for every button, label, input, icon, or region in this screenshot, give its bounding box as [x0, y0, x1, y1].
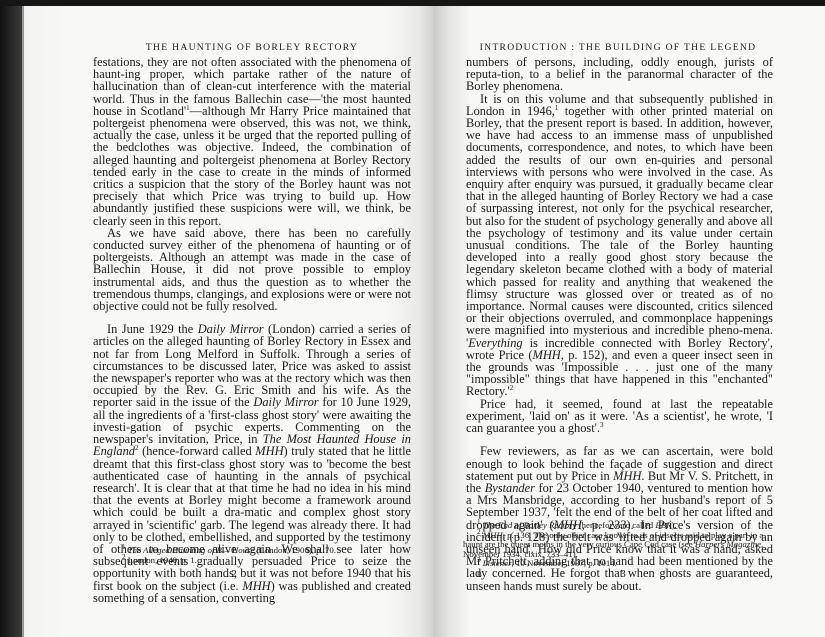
footnote: 2 London, 1940, p. 1.	[122, 556, 412, 566]
book-spread: THE HAUNTING OF BORLEY RECTORY festation…	[0, 0, 825, 637]
paragraph: It is on this volume and that subsequent…	[466, 93, 773, 398]
page-number: 2	[204, 568, 264, 580]
paragraph: numbers of persons, including, oddly eno…	[466, 56, 773, 93]
signature-mark: B	[477, 571, 483, 579]
right-footnotes: 1 The End of Borley Rectory (henceforwar…	[463, 521, 773, 569]
paragraph: As we have said above, there has been no…	[93, 227, 411, 312]
footnote: 2 MHH, p. 136. The only other case known…	[463, 531, 773, 560]
right-body-text: numbers of persons, including, oddly eno…	[466, 56, 773, 592]
footnote-ref: 3	[600, 421, 604, 429]
right-running-head: INTRODUCTION : THE BUILDING OF THE LEGEN…	[453, 42, 783, 53]
left-running-head: THE HAUNTING OF BORLEY RECTORY	[102, 42, 402, 53]
left-footnotes: 1 The Alleged Haunting of B— House (Lond…	[122, 546, 412, 565]
right-page: INTRODUCTION : THE BUILDING OF THE LEGEN…	[433, 4, 825, 637]
paragraph: Price had, it seemed, found at last the …	[466, 398, 773, 435]
book-edge-shadow	[0, 0, 22, 637]
paragraph: festations, they are not often associate…	[93, 56, 411, 227]
page-number: 3	[593, 568, 653, 580]
left-page: THE HAUNTING OF BORLEY RECTORY festation…	[22, 4, 435, 637]
left-body-text: festations, they are not often associate…	[93, 56, 411, 604]
top-edge-shadow	[0, 0, 825, 6]
footnote-ref: 2	[510, 384, 514, 392]
